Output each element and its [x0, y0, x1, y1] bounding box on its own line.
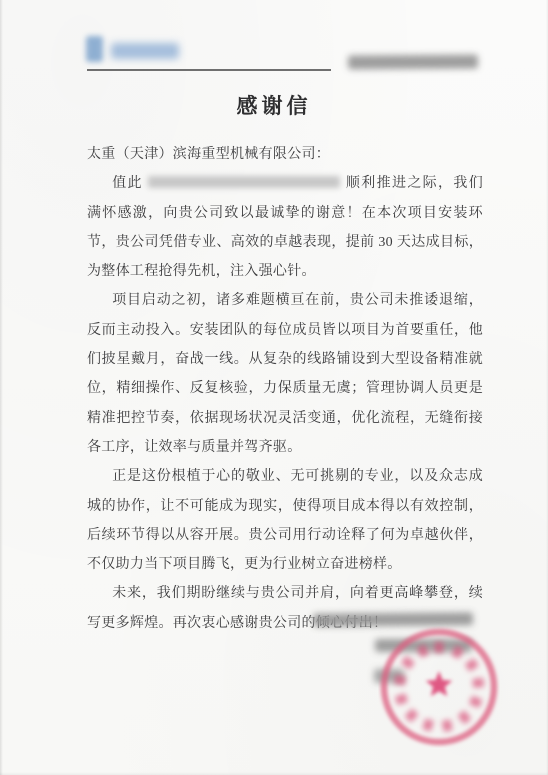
signature-company-redacted	[313, 612, 473, 626]
paragraph-1-suffix: 顺利推进之际，我们满怀感激，向贵公司致以最诚挚的谢意！在本次项目安装环节，贵公司…	[87, 176, 483, 279]
seal-star-icon	[426, 671, 453, 696]
letterhead-rule	[87, 69, 331, 71]
letter-title: 感谢信	[0, 90, 548, 120]
recipient-line: 太重（天津）滨海重型机械有限公司：	[87, 140, 483, 169]
letterhead-reference-redacted	[348, 55, 478, 70]
paragraph-2: 项目启动之初，诸多难题横亘在前，贵公司未推诿退缩，反而主动投入。安装团队的每位成…	[87, 286, 483, 462]
company-seal-stamp	[378, 626, 500, 748]
paragraph-1-prefix: 值此	[112, 176, 143, 191]
letter-body: 太重（天津）滨海重型机械有限公司： 值此顺利推进之际，我们满怀感激，向贵公司致以…	[87, 140, 483, 638]
paragraph-3: 正是这份根植于心的敬业、无可挑剔的专业，以及众志成城的协作，让不可能成为现实，使…	[87, 462, 483, 579]
company-logo-icon	[86, 36, 103, 62]
project-name-redacted	[148, 176, 340, 188]
scanned-letter-page: 感谢信 太重（天津）滨海重型机械有限公司： 值此顺利推进之际，我们满怀感激，向贵…	[0, 0, 548, 775]
paragraph-1: 值此顺利推进之际，我们满怀感激，向贵公司致以最诚挚的谢意！在本次项目安装环节，贵…	[87, 169, 483, 286]
company-logo-text-redacted	[111, 43, 179, 59]
